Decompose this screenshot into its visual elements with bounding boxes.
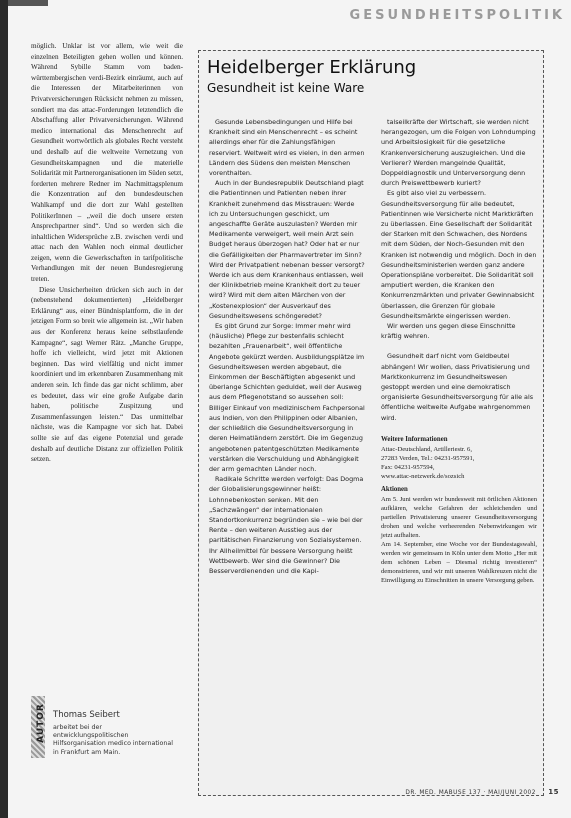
actions-heading: Aktionen <box>381 485 537 495</box>
info-line: Fax: 04231-957594, <box>381 463 537 472</box>
declaration-box: Heidelberger Erklärung Gesundheit ist ke… <box>198 50 544 796</box>
article-left-column: möglich. Unklar ist vor allem, wie weit … <box>31 41 183 465</box>
declaration-paragraph: Es gibt Grund zur Sorge: Immer mehr wird… <box>209 321 365 474</box>
declaration-subtitle: Gesundheit ist keine Ware <box>207 81 364 95</box>
page-spine-edge <box>0 0 8 818</box>
declaration-paragraph: Auch in der Bundesrepublik Deutschland p… <box>209 178 365 321</box>
declaration-paragraph: Gesundheit darf nicht vom Geldbeutel abh… <box>381 351 537 422</box>
declaration-paragraph: Wir werden uns gegen diese Einschnitte k… <box>381 321 537 341</box>
author-bio: arbeitet bei der entwicklungspolitischen… <box>53 724 173 757</box>
actions-paragraph: Am 14. September, eine Woche vor der Bun… <box>381 540 537 585</box>
info-heading: Weitere Informationen <box>381 435 537 445</box>
page-number: 15 <box>548 788 559 796</box>
info-line: Attac-Deutschland, Artilleriestr. 6, <box>381 445 537 454</box>
declaration-column-2: talseilkräfte der Wirtschaft, sie werden… <box>381 117 537 585</box>
journal-info: DR. MED. MABUSE 137 · MAI/JUNI 2002 <box>405 790 535 796</box>
page-corner-mark <box>8 0 48 6</box>
author-tag: AUTOR <box>31 696 45 758</box>
declaration-paragraph: Gesunde Lebensbedingungen und Hilfe bei … <box>209 117 365 178</box>
declaration-column-1: Gesunde Lebensbedingungen und Hilfe bei … <box>209 117 365 576</box>
declaration-paragraph: Radikale Schritte werden verfolgt: Das D… <box>209 474 365 576</box>
author-box: AUTOR Thomas Seibert arbeitet bei der en… <box>31 696 181 758</box>
author-tag-label: AUTOR <box>36 703 46 743</box>
actions-paragraph: Am 5. Juni werden wir bundesweit mit ört… <box>381 495 537 540</box>
author-name: Thomas Seibert <box>53 710 120 720</box>
info-line: 27283 Verden, Tel.: 04231-957591, <box>381 454 537 463</box>
declaration-paragraph: talseilkräfte der Wirtschaft, sie werden… <box>381 117 537 188</box>
declaration-paragraph: Es gibt also viel zu verbessern. Gesundh… <box>381 188 537 321</box>
page-footer: DR. MED. MABUSE 137 · MAI/JUNI 2002 15 <box>405 788 559 796</box>
article-paragraph: möglich. Unklar ist vor allem, wie weit … <box>31 41 183 285</box>
info-website-link[interactable]: www.attac-netzwerk.de/sozsich <box>381 472 537 481</box>
article-paragraph: Diese Unsicherheiten drücken sich auch i… <box>31 285 183 465</box>
declaration-title: Heidelberger Erklärung <box>207 57 416 78</box>
section-header: GESUNDHEITSPOLITIK <box>350 8 565 23</box>
